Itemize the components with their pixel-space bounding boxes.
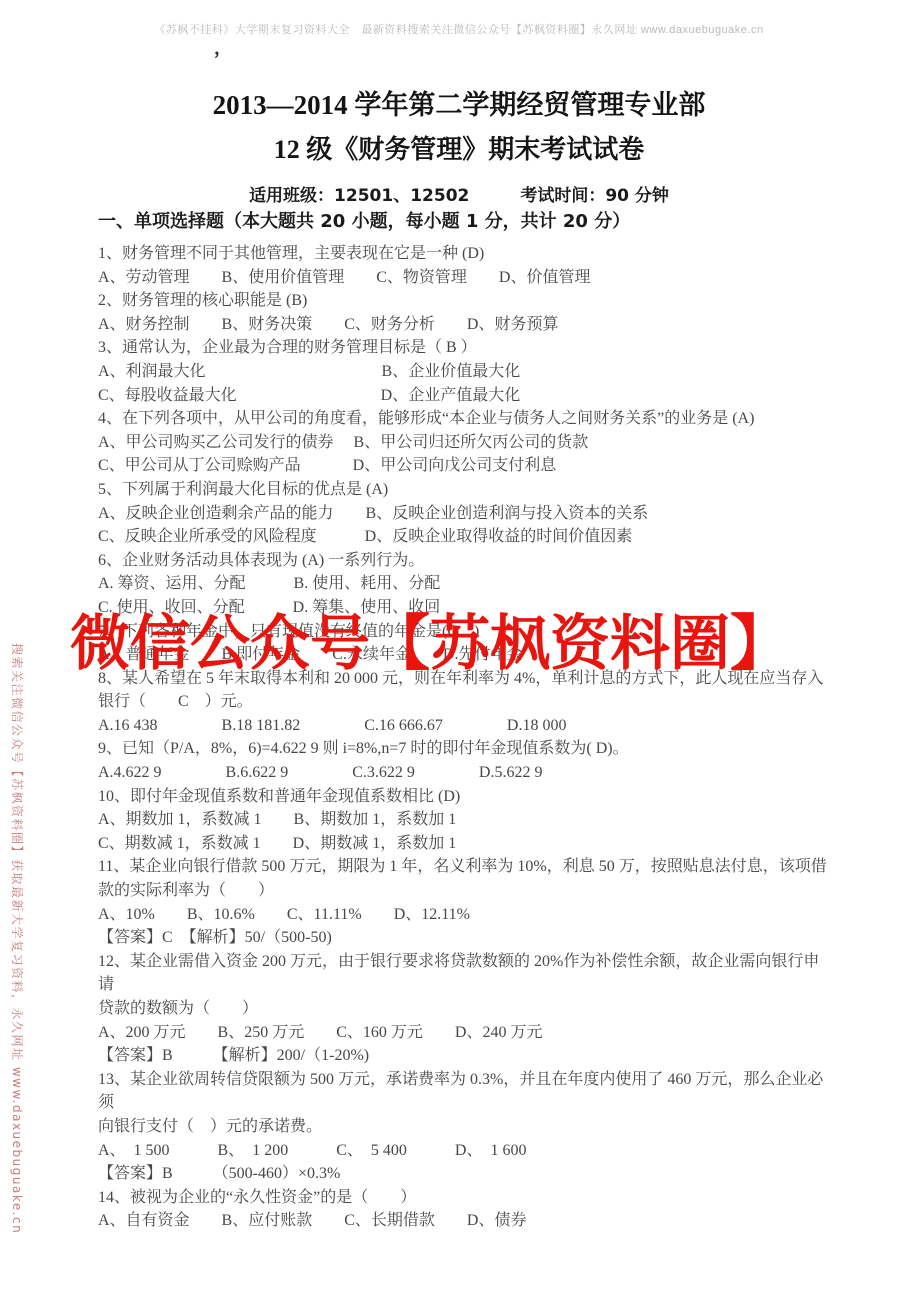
exam-line: 贷款的数额为（ ） [98,997,830,1021]
exam-line: 向银行支付（ ）元的承诺费。 [98,1115,830,1139]
exam-line: C. 使用、收回、分配 D. 筹集、使用、收回 [98,596,830,620]
exam-paper-page: 《苏枫不挂科》大学期末复习资料大全 最新资料搜索关注微信公众号【苏枫资料圈】永久… [0,0,918,1298]
exam-line: 4、在下列各项中，从甲公司的角度看，能够形成“本企业与债务人之间财务关系”的业务… [98,407,830,431]
exam-line: A、自有资金 B、应付账款 C、长期借款 D、债券 [98,1209,830,1233]
stray-comma: ， [214,34,232,60]
exam-info-line: 适用班级：12501、12502 考试时间：90 分钟 [0,181,918,206]
left-vertical-watermark: 搜索关注微信公众号【苏枫资料圈】获取最新大学复习资料，永久网址 www.daxu… [9,643,26,1234]
exam-line: A、 1 500 B、 1 200 C、 5 400 D、 1 600 [98,1139,830,1163]
exam-line: A、普通年金 B.即付年金 C.永续年金 D.先付年金 [98,643,830,667]
exam-line: 11、某企业向银行借款 500 万元，期限为 1 年，名义利率为 10%，利息 … [98,855,830,879]
page-header-note: 《苏枫不挂科》大学期末复习资料大全 最新资料搜索关注微信公众号【苏枫资料圈】永久… [0,21,918,37]
exam-line: A、劳动管理 B、使用价值管理 C、物资管理 D、价值管理 [98,266,830,290]
exam-line: C、期数减 1，系数减 1 D、期数减 1，系数加 1 [98,832,830,856]
exam-line: 【答案】B 【解析】200/（1-20%) [98,1044,830,1068]
exam-line: C、甲公司从丁公司赊购产品 D、甲公司向戊公司支付利息 [98,454,830,478]
exam-body: 1、财务管理不同于其他管理，主要表现在它是一种 (D) A、劳动管理 B、使用价… [98,242,830,1233]
exam-line: A、200 万元 B、250 万元 C、160 万元 D、240 万元 [98,1021,830,1045]
exam-line: 1、财务管理不同于其他管理，主要表现在它是一种 (D) [98,242,830,266]
exam-line: C、反映企业所承受的风险程度 D、反映企业取得收益的时间价值因素 [98,525,830,549]
exam-line: 7、下列各种年金中，只有现值没有终值的年金是(C ) [98,620,830,644]
exam-line: A、利润最大化 B、企业价值最大化 [98,360,830,384]
exam-line: 【答案】B （500-460）×0.3% [98,1162,830,1186]
exam-line: 9、已知（P/A，8%，6)=4.622 9 则 i=8%,n=7 时的即付年金… [98,737,830,761]
exam-line: A.4.622 9 B.6.622 9 C.3.622 9 D.5.622 9 [98,761,830,785]
exam-line: C、每股收益最大化 D、企业产值最大化 [98,384,830,408]
exam-line: A、10% B、10.6% C、11.11% D、12.11% [98,903,830,927]
exam-line: 10、即付年金现值系数和普通年金现值系数相比 (D) [98,785,830,809]
exam-line: A、财务控制 B、财务决策 C、财务分析 D、财务预算 [98,313,830,337]
exam-line: 【答案】C 【解析】50/（500-50) [98,926,830,950]
exam-line: 2、财务管理的核心职能是 (B) [98,289,830,313]
exam-line: A、甲公司购买乙公司发行的债券 B、甲公司归还所欠丙公司的货款 [98,431,830,455]
exam-line: A.16 438 B.18 181.82 C.16 666.67 D.18 00… [98,714,830,738]
exam-line: 8、某人希望在 5 年末取得本利和 20 000 元，则在年利率为 4%，单利计… [98,667,830,691]
exam-line: 银行（ C ）元。 [98,690,830,714]
exam-line: A、期数加 1，系数减 1 B、期数加 1，系数加 1 [98,808,830,832]
exam-line: A、反映企业创造剩余产品的能力 B、反映企业创造利润与投入资本的关系 [98,502,830,526]
exam-title-line1: 2013—2014 学年第二学期经贸管理专业部 [0,83,918,122]
exam-line: 5、下列属于利润最大化目标的优点是 (A) [98,478,830,502]
exam-line: 12、某企业需借入资金 200 万元，由于银行要求将贷款数额的 20%作为补偿性… [98,950,830,997]
exam-line: 款的实际利率为（ ） [98,879,830,903]
exam-line: 3、通常认为，企业最为合理的财务管理目标是（ B ） [98,336,830,360]
exam-line: 6、企业财务活动具体表现为 (A) 一系列行为。 [98,549,830,573]
exam-line: A. 筹资、运用、分配 B. 使用、耗用、分配 [98,572,830,596]
exam-line: 14、被视为企业的“永久性资金”的是（ ） [98,1186,830,1210]
exam-line: 13、某企业欲周转信贷限额为 500 万元，承诺费率为 0.3%，并且在年度内使… [98,1068,830,1115]
section-heading: 一、单项选择题（本大题共 20 小题，每小题 1 分，共计 20 分） [98,207,630,233]
exam-title-line2: 12 级《财务管理》期末考试试卷 [0,129,918,166]
